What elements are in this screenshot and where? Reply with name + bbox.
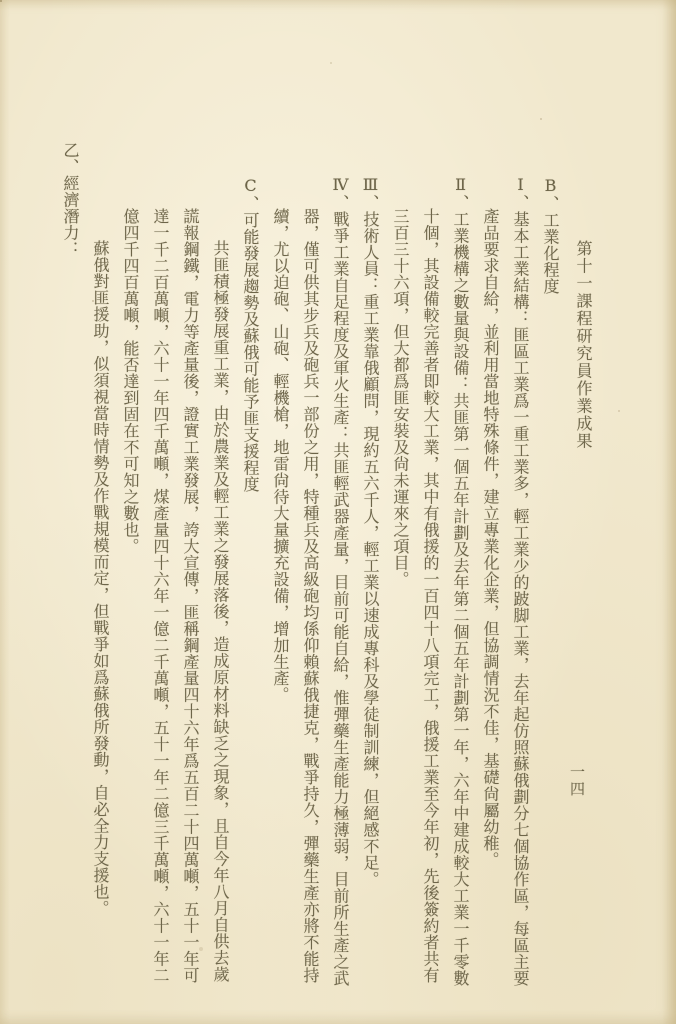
page-number: 一四: [562, 764, 592, 798]
heading-economic-potential: 乙、經濟潛力：: [55, 208, 85, 998]
item-war-industry-self-sufficiency: Ⅳ、戰爭工業自足程度及軍火生產：共匪輕武器產量，目前可能自給，惟彈藥生產能力極薄…: [265, 208, 355, 998]
item-industry-quantity-equipment: Ⅱ、工業機構之數量與設備：共匪第一個五年計劃及去年第二個五年計劃第一年，六年中建…: [385, 208, 475, 998]
paragraph-soviet-aid: 蘇俄對匪援助，似須視當時情勢及作戰規模而定，但戰爭如爲蘇俄所發動，自必全力支援也…: [85, 208, 115, 998]
paragraph-heavy-industry-development: 共匪積極發展重工業，由於農業及輕工業之發展落後，造成原材料缺乏之現象，且自今年八…: [115, 208, 235, 998]
document-page: 第十一課程研究員作業成果 一四 B、工業化程度 Ⅰ、基本工業結構：匪區工業爲一重…: [0, 0, 676, 1024]
item-basic-industry-structure: Ⅰ、基本工業結構：匪區工業爲一重工業多，輕工業少的跛脚工業，去年起仿照蘇俄劃分七…: [475, 208, 535, 998]
heading-industrialization-level: B、工業化程度: [535, 208, 565, 998]
body-text-block: B、工業化程度 Ⅰ、基本工業結構：匪區工業爲一重工業多，輕工業少的跛脚工業，去年…: [55, 208, 565, 998]
running-header: 第十一課程研究員作業成果: [568, 240, 598, 450]
item-technical-personnel: Ⅲ、技術人員：重工業靠俄顧問，現約五六千人，輕工業以速成專科及學徒制訓練，但絕感…: [355, 208, 385, 998]
heading-development-trend: C、可能發展趨勢及蘇俄可能予匪支援程度: [235, 208, 265, 998]
